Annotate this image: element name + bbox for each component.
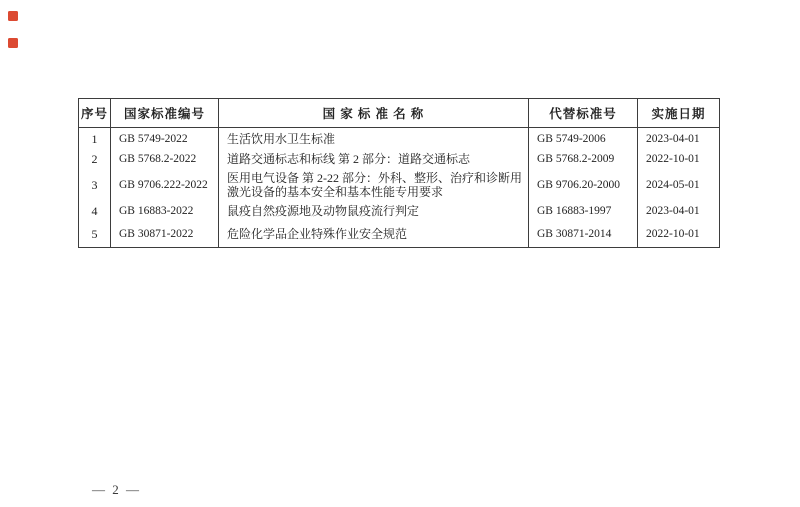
cell-serial: 1 xyxy=(79,128,111,150)
column-header-serial: 序号 xyxy=(79,99,111,128)
column-header-date: 实施日期 xyxy=(638,99,720,128)
table-row: 1 GB 5749-2022 生活饮用水卫生标准 GB 5749-2006 20… xyxy=(79,128,720,150)
cell-replaced: GB 5749-2006 xyxy=(529,128,638,150)
cell-date: 2024-05-01 xyxy=(638,169,720,201)
cell-date: 2023-04-01 xyxy=(638,201,720,222)
table-row: 5 GB 30871-2022 危险化学品企业特殊作业安全规范 GB 30871… xyxy=(79,222,720,248)
cell-serial: 5 xyxy=(79,222,111,248)
cell-replaced: GB 9706.20-2000 xyxy=(529,169,638,201)
cell-name: 鼠疫自然疫源地及动物鼠疫流行判定 xyxy=(219,201,529,222)
cell-name: 危险化学品企业特殊作业安全规范 xyxy=(219,222,529,248)
cell-replaced: GB 5768.2-2009 xyxy=(529,150,638,169)
column-header-replaced: 代替标准号 xyxy=(529,99,638,128)
standards-table-container: 序号 国家标准编号 国 家 标 准 名 称 代替标准号 实施日期 1 GB 57… xyxy=(78,98,720,248)
cell-code: GB 5749-2022 xyxy=(111,128,219,150)
cell-code: GB 30871-2022 xyxy=(111,222,219,248)
red-marker-icon xyxy=(8,38,18,48)
table-row: 3 GB 9706.222-2022 医用电气设备 第 2-22 部分：外科、整… xyxy=(79,169,720,201)
standards-table: 序号 国家标准编号 国 家 标 准 名 称 代替标准号 实施日期 1 GB 57… xyxy=(78,98,720,248)
table-header-row: 序号 国家标准编号 国 家 标 准 名 称 代替标准号 实施日期 xyxy=(79,99,720,128)
cell-name: 生活饮用水卫生标准 xyxy=(219,128,529,150)
column-header-code: 国家标准编号 xyxy=(111,99,219,128)
document-page: { "page": { "background_color": "#ffffff… xyxy=(0,0,800,507)
table-row: 2 GB 5768.2-2022 道路交通标志和标线 第 2 部分：道路交通标志… xyxy=(79,150,720,169)
cell-date: 2022-10-01 xyxy=(638,150,720,169)
cell-serial: 3 xyxy=(79,169,111,201)
cell-code: GB 16883-2022 xyxy=(111,201,219,222)
cell-replaced: GB 30871-2014 xyxy=(529,222,638,248)
cell-code: GB 9706.222-2022 xyxy=(111,169,219,201)
cell-name: 道路交通标志和标线 第 2 部分：道路交通标志 xyxy=(219,150,529,169)
red-marker-icon xyxy=(8,11,18,21)
cell-date: 2023-04-01 xyxy=(638,128,720,150)
cell-date: 2022-10-01 xyxy=(638,222,720,248)
cell-code: GB 5768.2-2022 xyxy=(111,150,219,169)
cell-replaced: GB 16883-1997 xyxy=(529,201,638,222)
cell-serial: 4 xyxy=(79,201,111,222)
cell-serial: 2 xyxy=(79,150,111,169)
cell-name: 医用电气设备 第 2-22 部分：外科、整形、治疗和诊断用激光设备的基本安全和基… xyxy=(219,169,529,201)
column-header-name: 国 家 标 准 名 称 xyxy=(219,99,529,128)
table-row: 4 GB 16883-2022 鼠疫自然疫源地及动物鼠疫流行判定 GB 1688… xyxy=(79,201,720,222)
page-number: — 2 — xyxy=(92,482,141,498)
